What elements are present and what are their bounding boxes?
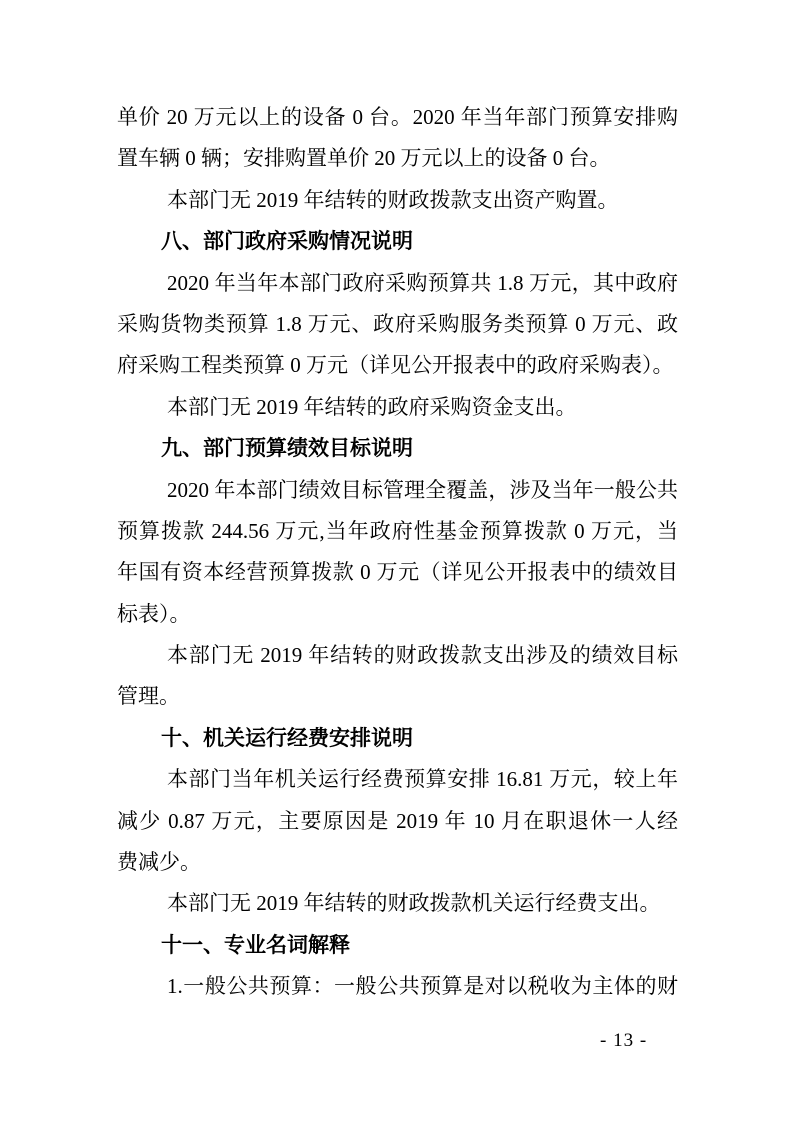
section-9-heading: 九、部门预算绩效目标说明 — [117, 428, 678, 469]
body-line: 采购货物类预算 1.8 万元、政府采购服务类预算 0 万元、政 — [117, 304, 678, 345]
section-11-heading: 十一、专业名词解释 — [117, 925, 678, 966]
body-line: 单价 20 万元以上的设备 0 台。2020 年当年部门预算安排购 — [117, 97, 678, 138]
body-line: 置车辆 0 辆；安排购置单价 20 万元以上的设备 0 台。 — [117, 138, 678, 179]
body-line: 本部门无 2019 年结转的财政拨款支出资产购置。 — [117, 180, 678, 221]
body-line: 本部门无 2019 年结转的财政拨款支出涉及的绩效目标 — [117, 635, 678, 676]
body-line: 2020 年当年本部门政府采购预算共 1.8 万元，其中政府 — [117, 263, 678, 304]
body-line: 本部门无 2019 年结转的财政拨款机关运行经费支出。 — [117, 883, 678, 924]
body-line: 本部门当年机关运行经费预算安排 16.81 万元，较上年 — [117, 759, 678, 800]
body-line: 1.一般公共预算：一般公共预算是对以税收为主体的财 — [117, 966, 678, 1007]
body-line: 管理。 — [117, 676, 678, 717]
page-number: - 13 - — [600, 1030, 647, 1051]
document-page: 单价 20 万元以上的设备 0 台。2020 年当年部门预算安排购 置车辆 0 … — [0, 0, 793, 1122]
body-line: 标表）。 — [117, 594, 678, 635]
body-line: 2020 年本部门绩效目标管理全覆盖，涉及当年一般公共 — [117, 470, 678, 511]
body-line: 年国有资本经营预算拨款 0 万元（详见公开报表中的绩效目 — [117, 552, 678, 593]
body-line: 本部门无 2019 年结转的政府采购资金支出。 — [117, 387, 678, 428]
body-line: 减少 0.87 万元，主要原因是 2019 年 10 月在职退休一人经 — [117, 801, 678, 842]
section-10-heading: 十、机关运行经费安排说明 — [117, 718, 678, 759]
section-8-heading: 八、部门政府采购情况说明 — [117, 221, 678, 262]
body-line: 费减少。 — [117, 842, 678, 883]
body-line: 预算拨款 244.56 万元,当年政府性基金预算拨款 0 万元，当 — [117, 511, 678, 552]
body-line: 府采购工程类预算 0 万元（详见公开报表中的政府采购表）。 — [117, 345, 678, 386]
document-body: 单价 20 万元以上的设备 0 台。2020 年当年部门预算安排购 置车辆 0 … — [117, 97, 678, 1008]
